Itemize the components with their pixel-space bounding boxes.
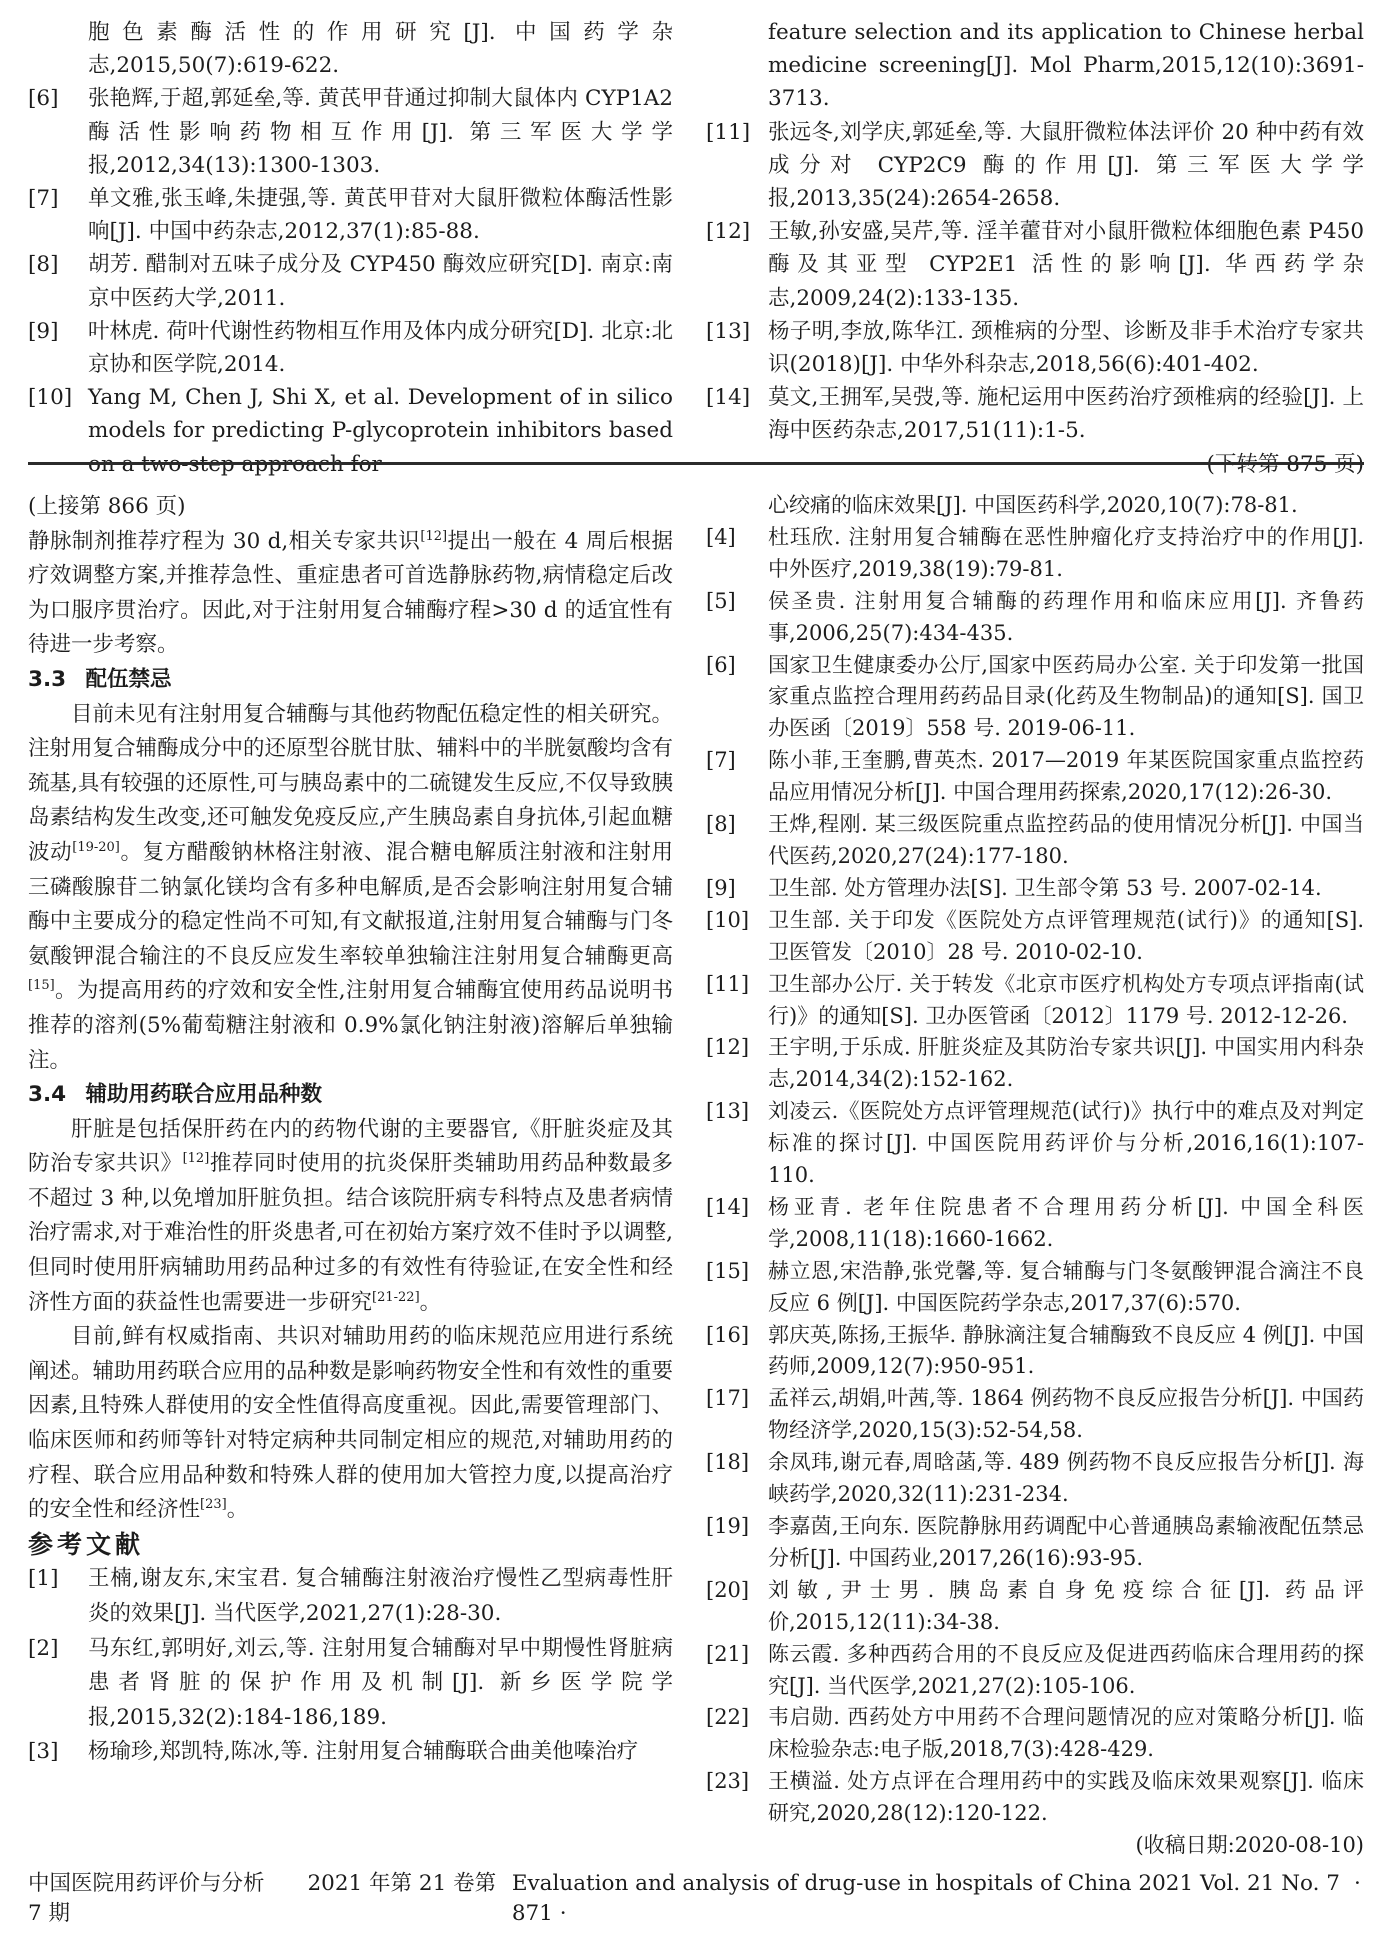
reference-text: 刘凌云.《医院处方点评管理规范(试行)》执行中的难点及对判定标准的探讨[J]. … bbox=[768, 1096, 1364, 1192]
article-left-column: (上接第 866 页) 静脉制剂推荐疗程为 30 d,相关专家共识[12]提出一… bbox=[28, 490, 673, 1862]
reference-text: 郭庆英,陈扬,王振华. 静脉滴注复合辅酶致不良反应 4 例[J]. 中国药师,2… bbox=[768, 1320, 1364, 1384]
reference-text: 王楠,谢友东,宋宝君. 复合辅酶注射液治疗慢性乙型病毒性肝炎的效果[J]. 当代… bbox=[88, 1562, 673, 1631]
body-paragraph: 肝脏是包括保肝药在内的药物代谢的主要器官,《肝脏炎症及其防治专家共识》[12]推… bbox=[28, 1113, 673, 1321]
reference-number: [14] bbox=[706, 381, 768, 447]
citation-superscript: [21-22] bbox=[372, 1290, 420, 1305]
reference-item: [14]莫文,王拥军,吴弢,等. 施杞运用中医药治疗颈椎病的经验[J]. 上海中… bbox=[706, 381, 1364, 447]
reference-item: [9]卫生部. 处方管理办法[S]. 卫生部令第 53 号. 2007-02-1… bbox=[706, 873, 1364, 905]
reference-item: [12]王宇明,于乐成. 肝脏炎症及其防治专家共识[J]. 中国实用内科杂志,2… bbox=[706, 1032, 1364, 1096]
reference-item: [4]杜珏欣. 注射用复合辅酶在恶性肿瘤化疗支持治疗中的作用[J]. 中外医疗,… bbox=[706, 522, 1364, 586]
reference-text: 单文雅,张玉峰,朱捷强,等. 黄芪甲苷对大鼠肝微粒体酶活性影响[J]. 中国中药… bbox=[88, 182, 673, 248]
reference-item: [15]赫立恩,宋浩静,张党馨,等. 复合辅酶与门冬氨酸钾混合滴注不良反应 6 … bbox=[706, 1256, 1364, 1320]
reference-number: [8] bbox=[706, 809, 768, 873]
reference-item: [17]孟祥云,胡娟,叶茜,等. 1864 例药物不良反应报告分析[J]. 中国… bbox=[706, 1383, 1364, 1447]
section-heading-3.4: 3.4辅助用药联合应用品种数 bbox=[28, 1078, 673, 1113]
section-heading-3.3: 3.3配伍禁忌 bbox=[28, 663, 673, 698]
reference-number: [10] bbox=[706, 905, 768, 969]
reference-item: [8]王烨,程刚. 某三级医院重点监控药品的使用情况分析[J]. 中国当代医药,… bbox=[706, 809, 1364, 873]
reference-text: 王烨,程刚. 某三级医院重点监控药品的使用情况分析[J]. 中国当代医药,202… bbox=[768, 809, 1364, 873]
reference-item: [19]李嘉茵,王向东. 医院静脉用药调配中心普通胰岛素输液配伍禁忌分析[J].… bbox=[706, 1511, 1364, 1575]
right-reference-list: [4]杜珏欣. 注射用复合辅酶在恶性肿瘤化疗支持治疗中的作用[J]. 中外医疗,… bbox=[706, 522, 1364, 1830]
body-paragraph: 目前未见有注射用复合辅酶与其他药物配伍稳定性的相关研究。注射用复合辅酶成分中的还… bbox=[28, 698, 673, 1079]
reference-item: [23]王横溢. 处方点评在合理用药中的实践及临床效果观察[J]. 临床研究,2… bbox=[706, 1766, 1364, 1830]
reference-number: [7] bbox=[706, 745, 768, 809]
reference-item: [6]国家卫生健康委办公厅,国家中医药局办公室. 关于印发第一批国家重点监控合理… bbox=[706, 650, 1364, 746]
reference-item: [10]Yang M, Chen J, Shi X, et al. Develo… bbox=[28, 381, 673, 481]
reference-carryover-text: 胞色素酶活性的作用研究[J]. 中国药学杂志,2015,50(7):619-62… bbox=[28, 16, 673, 82]
reference-text: Yang M, Chen J, Shi X, et al. Developmen… bbox=[88, 381, 673, 481]
reference-text: 赫立恩,宋浩静,张党馨,等. 复合辅酶与门冬氨酸钾混合滴注不良反应 6 例[J]… bbox=[768, 1256, 1364, 1320]
section-title: 辅助用药联合应用品种数 bbox=[85, 1082, 322, 1107]
reference-number: [19] bbox=[706, 1511, 768, 1575]
reference-text: 王宇明,于乐成. 肝脏炎症及其防治专家共识[J]. 中国实用内科杂志,2014,… bbox=[768, 1032, 1364, 1096]
top-references-section: 胞色素酶活性的作用研究[J]. 中国药学杂志,2015,50(7):619-62… bbox=[28, 16, 1364, 481]
article-right-column: 心绞痛的临床效果[J]. 中国医药科学,2020,10(7):78-81. [4… bbox=[706, 490, 1364, 1862]
reference-number: [6] bbox=[706, 650, 768, 746]
citation-superscript: [15] bbox=[28, 978, 55, 993]
citation-superscript: [19-20] bbox=[72, 840, 120, 855]
reference-item: [13]刘凌云.《医院处方点评管理规范(试行)》执行中的难点及对判定标准的探讨[… bbox=[706, 1096, 1364, 1192]
reference-item: [22]韦启勋. 西药处方中用药不合理问题情况的应对策略分析[J]. 临床检验杂… bbox=[706, 1702, 1364, 1766]
continued-from-page-note: (上接第 866 页) bbox=[28, 490, 673, 525]
reference-number: [1] bbox=[28, 1562, 88, 1631]
reference-number: [4] bbox=[706, 522, 768, 586]
reference-item: [10]卫生部. 关于印发《医院处方点评管理规范(试行)》的通知[S]. 卫医管… bbox=[706, 905, 1364, 969]
reference-text: 卫生部. 关于印发《医院处方点评管理规范(试行)》的通知[S]. 卫医管发〔20… bbox=[768, 905, 1364, 969]
top-right-reference-list: [11]张远冬,刘学庆,郭延垒,等. 大鼠肝微粒体法评价 20 种中药有效成分对… bbox=[706, 116, 1364, 448]
reference-number: [9] bbox=[706, 873, 768, 905]
reference-carryover-text: 心绞痛的临床效果[J]. 中国医药科学,2020,10(7):78-81. bbox=[706, 490, 1364, 522]
reference-text: 杨瑜珍,郑凯特,陈冰,等. 注射用复合辅酶联合曲美他嗪治疗 bbox=[88, 1735, 673, 1770]
article-body-blocks: 静脉制剂推荐疗程为 30 d,相关专家共识[12]提出一般在 4 周后根据疗效调… bbox=[28, 525, 673, 1770]
reference-number: [14] bbox=[706, 1192, 768, 1256]
body-paragraph: 静脉制剂推荐疗程为 30 d,相关专家共识[12]提出一般在 4 周后根据疗效调… bbox=[28, 525, 673, 663]
reference-number: [13] bbox=[706, 315, 768, 381]
top-left-reference-list: [6]张艳辉,于超,郭延垒,等. 黄芪甲苷通过抑制大鼠体内 CYP1A2 酶活性… bbox=[28, 82, 673, 480]
reference-text: 余凤玮,谢元春,周晗菡,等. 489 例药物不良反应报告分析[J]. 海峡药学,… bbox=[768, 1447, 1364, 1511]
received-date-note: (收稿日期:2020-08-10) bbox=[706, 1830, 1364, 1862]
reference-item: [7]陈小菲,王奎鹏,曹英杰. 2017—2019 年某医院国家重点监控药品应用… bbox=[706, 745, 1364, 809]
reference-item: [8]胡芳. 醋制对五味子成分及 CYP450 酶效应研究[D]. 南京:南京中… bbox=[28, 248, 673, 314]
reference-item: [18]余凤玮,谢元春,周晗菡,等. 489 例药物不良反应报告分析[J]. 海… bbox=[706, 1447, 1364, 1511]
reference-number: [15] bbox=[706, 1256, 768, 1320]
reference-number: [3] bbox=[28, 1735, 88, 1770]
reference-text: 王敏,孙安盛,吴芹,等. 淫羊藿苷对小鼠肝微粒体细胞色素 P450 酶及其亚型 … bbox=[768, 215, 1364, 315]
reference-number: [9] bbox=[28, 315, 88, 381]
reference-item: [1]王楠,谢友东,宋宝君. 复合辅酶注射液治疗慢性乙型病毒性肝炎的效果[J].… bbox=[28, 1562, 673, 1631]
section-number: 3.4 bbox=[28, 1082, 66, 1107]
reference-text: 张远冬,刘学庆,郭延垒,等. 大鼠肝微粒体法评价 20 种中药有效成分对 CYP… bbox=[768, 116, 1364, 216]
reference-number: [23] bbox=[706, 1766, 768, 1830]
reference-number: [7] bbox=[28, 182, 88, 248]
reference-item: [14]杨亚青. 老年住院患者不合理用药分析[J]. 中国全科医学,2008,1… bbox=[706, 1192, 1364, 1256]
reference-item: [5]侯圣贵. 注射用复合辅酶的药理作用和临床应用[J]. 齐鲁药事,2006,… bbox=[706, 586, 1364, 650]
reference-carryover-text: feature selection and its application to… bbox=[706, 16, 1364, 116]
reference-item: [13]杨子明,李放,陈华江. 颈椎病的分型、诊断及非手术治疗专家共识(2018… bbox=[706, 315, 1364, 381]
reference-number: [8] bbox=[28, 248, 88, 314]
reference-item: [6]张艳辉,于超,郭延垒,等. 黄芪甲苷通过抑制大鼠体内 CYP1A2 酶活性… bbox=[28, 82, 673, 182]
reference-number: [22] bbox=[706, 1702, 768, 1766]
reference-item: [7]单文雅,张玉峰,朱捷强,等. 黄芪甲苷对大鼠肝微粒体酶活性影响[J]. 中… bbox=[28, 182, 673, 248]
reference-number: [10] bbox=[28, 381, 88, 481]
reference-number: [16] bbox=[706, 1320, 768, 1384]
reference-number: [12] bbox=[706, 1032, 768, 1096]
reference-number: [6] bbox=[28, 82, 88, 182]
reference-item: [12]王敏,孙安盛,吴芹,等. 淫羊藿苷对小鼠肝微粒体细胞色素 P450 酶及… bbox=[706, 215, 1364, 315]
reference-text: 杨子明,李放,陈华江. 颈椎病的分型、诊断及非手术治疗专家共识(2018)[J]… bbox=[768, 315, 1364, 381]
section-number: 3.3 bbox=[28, 667, 66, 692]
journal-page: 胞色素酶活性的作用研究[J]. 中国药学杂志,2015,50(7):619-62… bbox=[0, 0, 1375, 1940]
reference-item: [21]陈云霞. 多种西药合用的不良反应及促进西药临床合理用药的探究[J]. 当… bbox=[706, 1639, 1364, 1703]
reference-item: [11]卫生部办公厅. 关于转发《北京市医疗机构处方专项点评指南(试行)》的通知… bbox=[706, 969, 1364, 1033]
reference-text: 国家卫生健康委办公厅,国家中医药局办公室. 关于印发第一批国家重点监控合理用药药… bbox=[768, 650, 1364, 746]
reference-item: [9]叶林虎. 荷叶代谢性药物相互作用及体内成分研究[D]. 北京:北京协和医学… bbox=[28, 315, 673, 381]
section-divider-line bbox=[28, 462, 1364, 465]
reference-text: 李嘉茵,王向东. 医院静脉用药调配中心普通胰岛素输液配伍禁忌分析[J]. 中国药… bbox=[768, 1511, 1364, 1575]
citation-superscript: [23] bbox=[200, 1497, 227, 1512]
page-footer: 中国医院用药评价与分析 2021 年第 21 卷第 7 期 Evaluation… bbox=[28, 1869, 1364, 1929]
reference-number: [20] bbox=[706, 1575, 768, 1639]
reference-number: [17] bbox=[706, 1383, 768, 1447]
top-left-column: 胞色素酶活性的作用研究[J]. 中国药学杂志,2015,50(7):619-62… bbox=[28, 16, 673, 481]
reference-text: 胡芳. 醋制对五味子成分及 CYP450 酶效应研究[D]. 南京:南京中医药大… bbox=[88, 248, 673, 314]
reference-number: [11] bbox=[706, 116, 768, 216]
reference-text: 刘敏,尹士男. 胰岛素自身免疫综合征[J]. 药品评价,2015,12(11):… bbox=[768, 1575, 1364, 1639]
reference-text: 莫文,王拥军,吴弢,等. 施杞运用中医药治疗颈椎病的经验[J]. 上海中医药杂志… bbox=[768, 381, 1364, 447]
reference-text: 陈云霞. 多种西药合用的不良反应及促进西药临床合理用药的探究[J]. 当代医学,… bbox=[768, 1639, 1364, 1703]
reference-item: [11]张远冬,刘学庆,郭延垒,等. 大鼠肝微粒体法评价 20 种中药有效成分对… bbox=[706, 116, 1364, 216]
article-section: (上接第 866 页) 静脉制剂推荐疗程为 30 d,相关专家共识[12]提出一… bbox=[28, 490, 1364, 1862]
reference-text: 韦启勋. 西药处方中用药不合理问题情况的应对策略分析[J]. 临床检验杂志:电子… bbox=[768, 1702, 1364, 1766]
reference-text: 卫生部办公厅. 关于转发《北京市医疗机构处方专项点评指南(试行)》的通知[S].… bbox=[768, 969, 1364, 1033]
references-heading: 参考文献 bbox=[28, 1528, 673, 1563]
reference-item: [3]杨瑜珍,郑凯特,陈冰,等. 注射用复合辅酶联合曲美他嗪治疗 bbox=[28, 1735, 673, 1770]
reference-number: [21] bbox=[706, 1639, 768, 1703]
reference-text: 卫生部. 处方管理办法[S]. 卫生部令第 53 号. 2007-02-14. bbox=[768, 873, 1364, 905]
reference-number: [18] bbox=[706, 1447, 768, 1511]
reference-number: [13] bbox=[706, 1096, 768, 1192]
reference-text: 侯圣贵. 注射用复合辅酶的药理作用和临床应用[J]. 齐鲁药事,2006,25(… bbox=[768, 586, 1364, 650]
reference-text: 杜珏欣. 注射用复合辅酶在恶性肿瘤化疗支持治疗中的作用[J]. 中外医疗,201… bbox=[768, 522, 1364, 586]
body-paragraph: 目前,鲜有权威指南、共识对辅助用药的临床规范应用进行系统阐述。辅助用药联合应用的… bbox=[28, 1320, 673, 1528]
section-title: 配伍禁忌 bbox=[85, 667, 171, 692]
reference-number: [12] bbox=[706, 215, 768, 315]
citation-superscript: [12] bbox=[183, 1151, 210, 1166]
journal-title-cn: 中国医院用药评价与分析 2021 年第 21 卷第 7 期 bbox=[28, 1869, 512, 1929]
reference-item: [2]马东红,郭明好,刘云,等. 注射用复合辅酶对早中期慢性肾脏病患者肾脏的保护… bbox=[28, 1632, 673, 1736]
reference-number: [2] bbox=[28, 1632, 88, 1736]
journal-title-en: Evaluation and analysis of drug-use in h… bbox=[512, 1869, 1364, 1929]
top-right-column: feature selection and its application to… bbox=[706, 16, 1364, 481]
reference-text: 杨亚青. 老年住院患者不合理用药分析[J]. 中国全科医学,2008,11(18… bbox=[768, 1192, 1364, 1256]
reference-number: [5] bbox=[706, 586, 768, 650]
reference-item: [20]刘敏,尹士男. 胰岛素自身免疫综合征[J]. 药品评价,2015,12(… bbox=[706, 1575, 1364, 1639]
reference-text: 马东红,郭明好,刘云,等. 注射用复合辅酶对早中期慢性肾脏病患者肾脏的保护作用及… bbox=[88, 1632, 673, 1736]
reference-text: 陈小菲,王奎鹏,曹英杰. 2017—2019 年某医院国家重点监控药品应用情况分… bbox=[768, 745, 1364, 809]
reference-number: [11] bbox=[706, 969, 768, 1033]
journal-title-en-text: Evaluation and analysis of drug-use in h… bbox=[512, 1871, 1340, 1896]
reference-text: 张艳辉,于超,郭延垒,等. 黄芪甲苷通过抑制大鼠体内 CYP1A2 酶活性影响药… bbox=[88, 82, 673, 182]
citation-superscript: [12] bbox=[420, 528, 447, 543]
reference-item: [16]郭庆英,陈扬,王振华. 静脉滴注复合辅酶致不良反应 4 例[J]. 中国… bbox=[706, 1320, 1364, 1384]
reference-text: 王横溢. 处方点评在合理用药中的实践及临床效果观察[J]. 临床研究,2020,… bbox=[768, 1766, 1364, 1830]
reference-text: 孟祥云,胡娟,叶茜,等. 1864 例药物不良反应报告分析[J]. 中国药物经济… bbox=[768, 1383, 1364, 1447]
reference-text: 叶林虎. 荷叶代谢性药物相互作用及体内成分研究[D]. 北京:北京协和医学院,2… bbox=[88, 315, 673, 381]
